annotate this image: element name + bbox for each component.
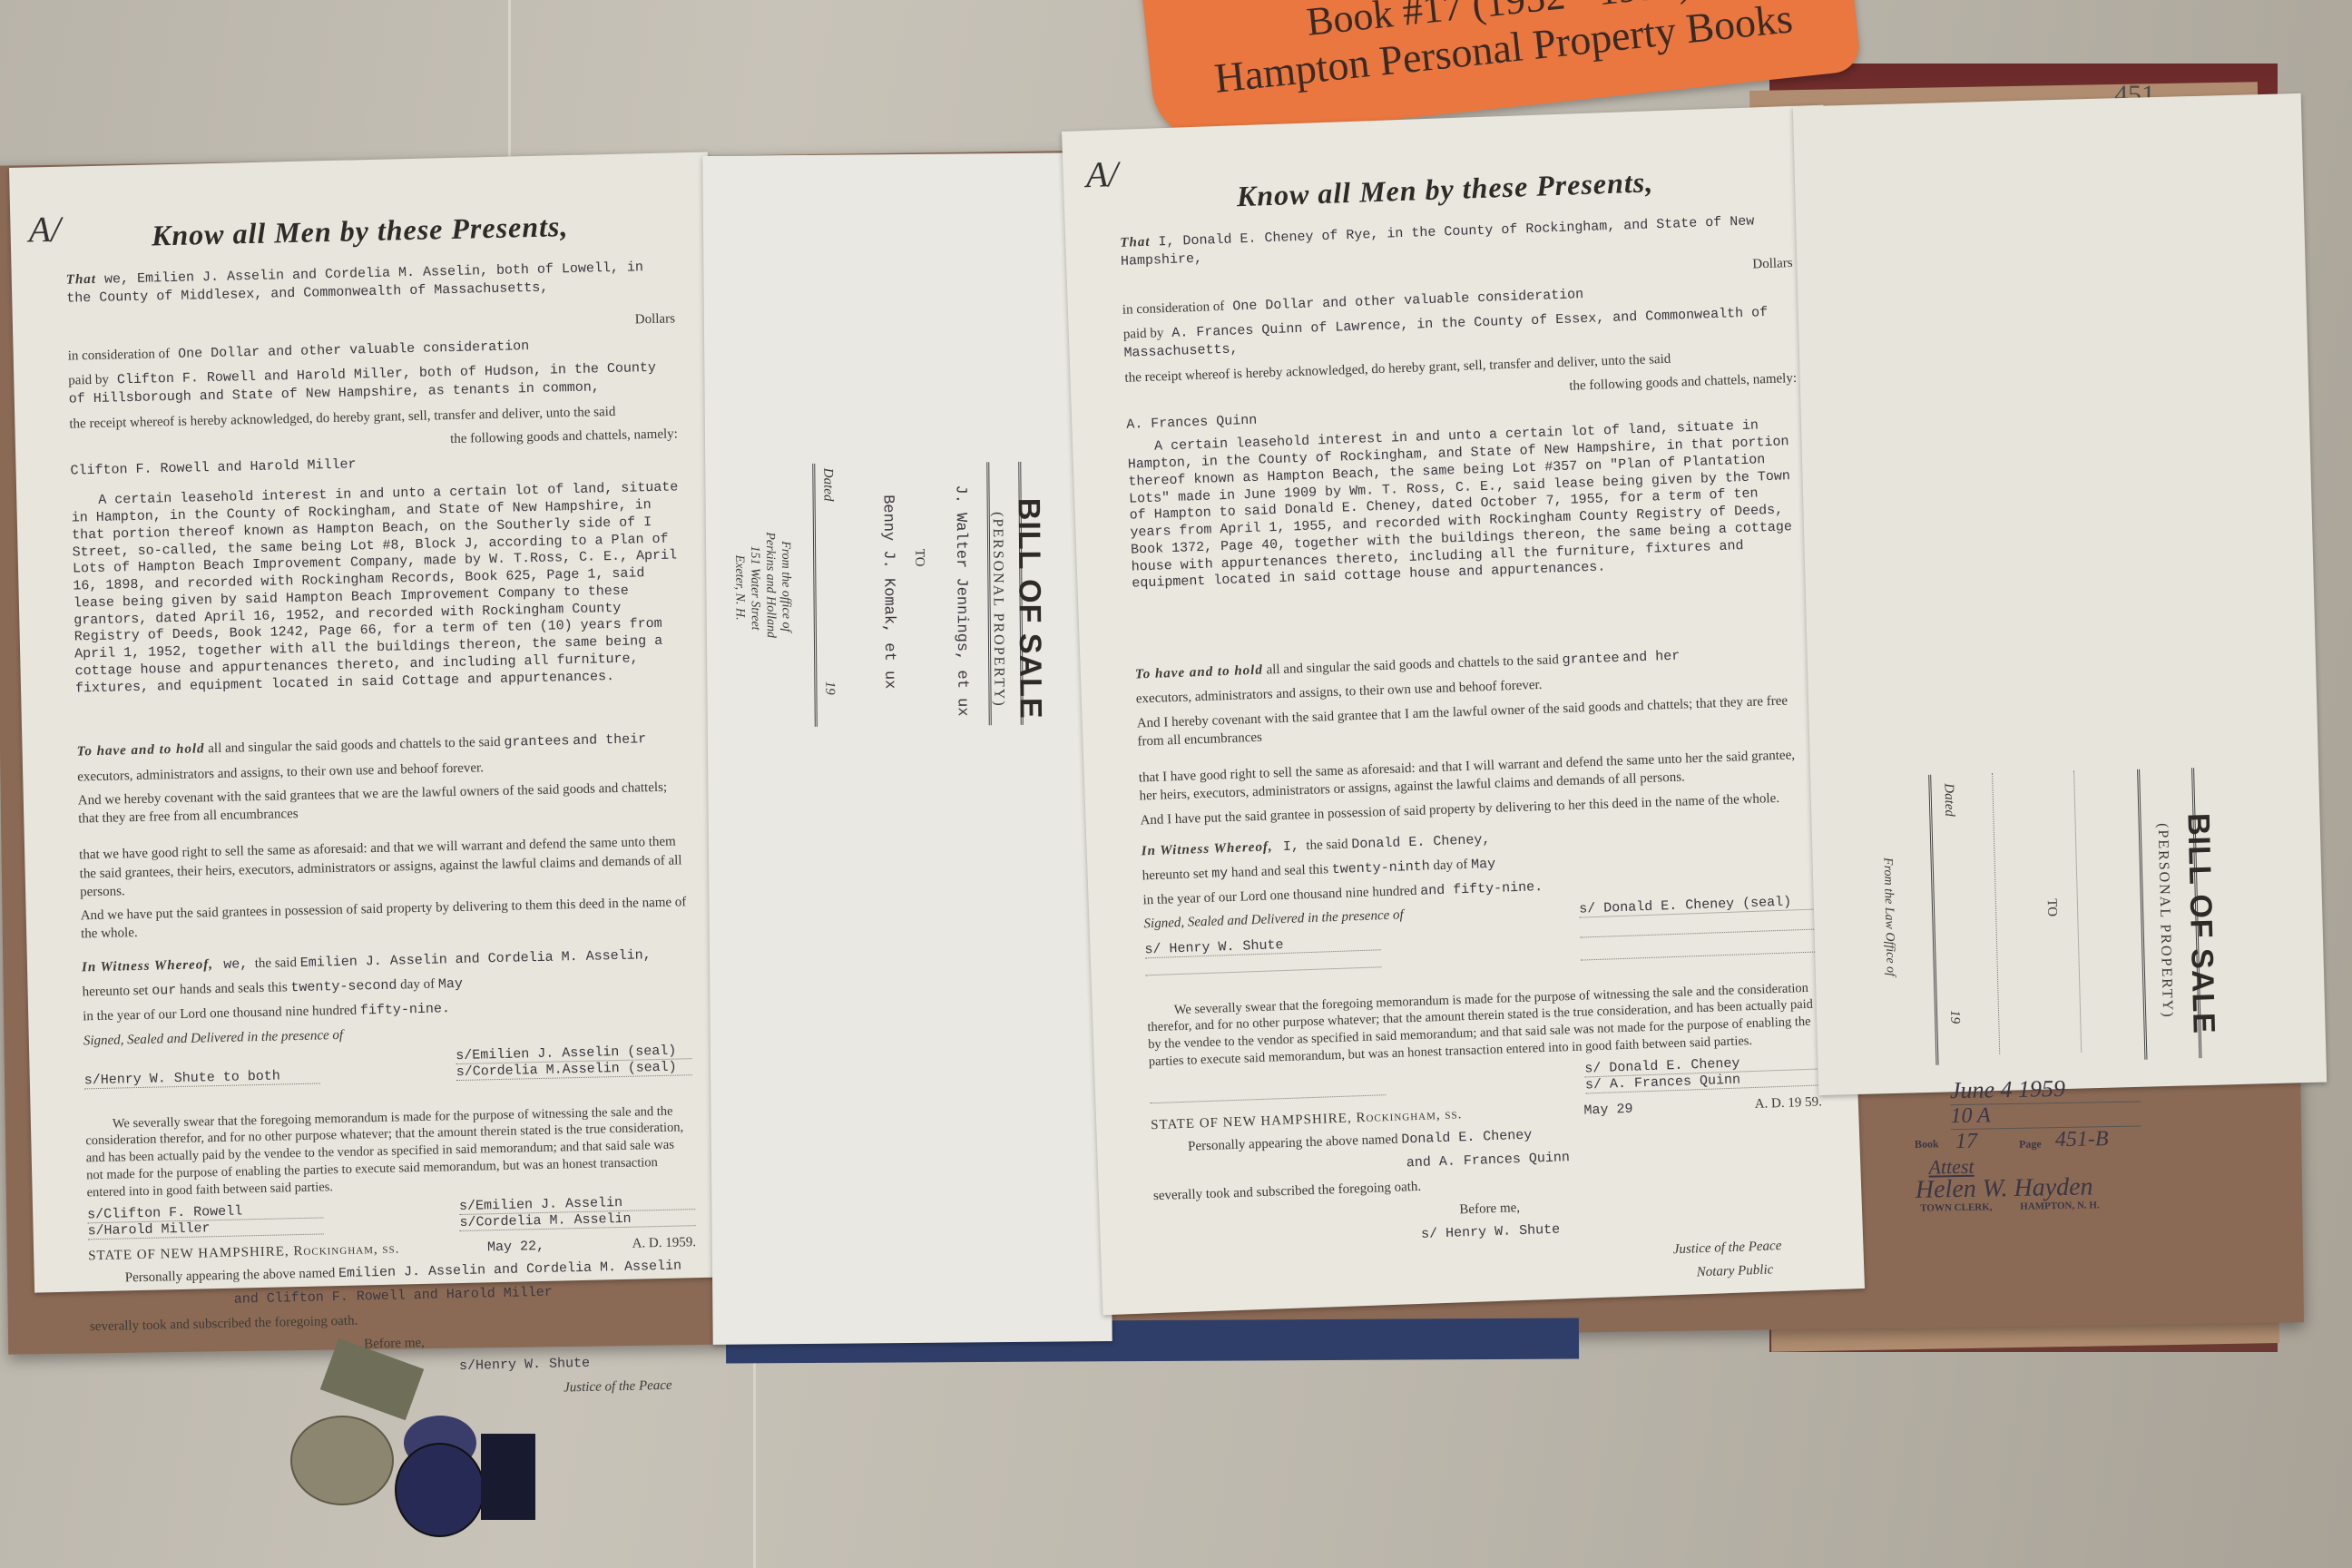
set-text: hereunto set [82,984,148,1000]
cover-to-party: Benny J. Komak, et ux [879,495,898,689]
cover-to-label: TO [911,549,926,567]
bill-of-sale-cover: BILL OF SALE (PERSONAL PROPERTY) J. Walt… [702,152,1112,1345]
witness-hands: hands and seals this [180,980,288,997]
appearing-prefix: Personally appearing the above named [1188,1132,1398,1154]
cover-office: From the Law Office of [1880,857,1897,976]
stamp-time: 10 A [1950,1102,2141,1131]
consideration-prefix: in consideration of [68,347,171,364]
witness-our: our [152,983,176,999]
deed-title: Know all Men by these Presents, [10,207,710,256]
cover-office-line: Exeter, N. H. [731,555,747,621]
cover-office-line: Perkins and Holland [762,532,778,638]
witness-year: and fifty-nine. [1420,879,1543,899]
cufflink-clip-icon [481,1434,535,1520]
corner-mark: A/ [1085,152,1119,196]
habendum-fill: grantee [1562,651,1620,668]
habendum-and-their: and her [1622,649,1681,666]
grantor-signature-1: s/ Donald E. Cheney (seal) [1579,893,1815,917]
habendum-fill: grantees [504,733,569,750]
year-text: in the year of our Lord one thousand nin… [1142,884,1416,908]
blank-signature-line [1145,966,1381,975]
witness-day: twenty-second [290,977,397,995]
double-rule [2137,769,2147,1060]
deed-title: Know all Men by these Presents, [1063,160,1827,220]
habendum-lead: To have and to hold [76,742,204,759]
witness-lead: In Witness Whereof, [82,957,213,975]
blank-line [2073,771,2082,1053]
stamp-page: 451-B [2055,1127,2109,1152]
stamp-book-label: Book [1915,1137,1939,1151]
paid-by: Clifton F. Rowell and Harold Miller, bot… [69,360,656,407]
property-description: A certain leasehold interest in and unto… [1127,416,1803,593]
double-rule [1928,775,1938,1065]
table-seam [753,1343,756,1568]
habendum-and-their: and their [573,731,646,749]
stamp-page-label: Page [2019,1137,2042,1151]
stamp-town: HAMPTON, N. H. [2020,1200,2100,1212]
cover-title: BILL OF SALE [2180,813,2220,1035]
stamp-date: June 4 1959 [1950,1074,2141,1106]
cover-year-prefix: 19 [1946,1010,1962,1024]
memorandum-oath: We severally swear that the foregoing me… [85,1102,695,1201]
appearing-names: Emilien J. Asselin and Cordelia M. Assel… [338,1258,681,1281]
stamp-clerk-label: TOWN CLERK, [1920,1201,1992,1213]
ad-year: A. D. 1959. [632,1235,696,1252]
cover-to-label: TO [2043,898,2060,916]
set-text: hereunto set [1142,867,1208,884]
state-date: May 29 [1583,1102,1633,1119]
cover-subtitle: (PERSONAL PROPERTY) [2154,823,2176,1019]
consideration: One Dollar and other valuable considerat… [1232,287,1583,314]
witness-who: we, [223,956,248,973]
paid-by-prefix: paid by [1123,326,1164,342]
cover-title: BILL OF SALE [1011,498,1048,720]
cover-dated-label: Dated [819,468,835,502]
consideration-prefix: in consideration of [1122,299,1225,318]
corner-mark: A/ [28,208,62,251]
cufflinks [290,1352,554,1534]
cover-office-line: 151 Water Street [747,545,762,630]
that-prefix: That [1120,235,1151,250]
warrant: that we have good right to sell the same… [79,832,688,901]
witness-month: May [438,976,463,993]
property-description: A certain leasehold interest in and unto… [71,480,683,698]
double-rule [812,464,818,727]
possession: And we have put the said grantees in pos… [80,893,689,944]
cufflink-disc-icon [395,1443,485,1537]
signed-label: Signed, Sealed and Delivered in the pres… [1143,907,1404,932]
witness-day: twenty-ninth [1331,858,1430,877]
ad-year: A. D. 19 59. [1754,1094,1822,1112]
cover-year-prefix: 19 [821,681,837,695]
witness-year: fifty-nine. [360,1001,450,1018]
blank-bill-of-sale-cover: BILL OF SALE (PERSONAL PROPERTY) TO Date… [1793,93,2327,1095]
that-prefix: That [66,272,97,288]
year-text: in the year of our Lord one thousand nin… [83,1004,357,1024]
habendum-lead: To have and to hold [1135,663,1263,682]
witness-names: Donald E. Cheney, [1351,832,1491,852]
covenant: And we hereby covenant with the said gra… [78,778,687,828]
witness-who: I, [1283,838,1300,855]
witness-lead: In Witness Whereof, [1141,839,1272,858]
witness-hands: hand and seal this [1231,862,1329,880]
witness-the-said: the said [1306,837,1348,853]
right-deed: A/ Know all Men by these Presents, That … [1062,105,1865,1316]
stamp-book: 17 [1955,1130,1977,1154]
witness-day-of: day of [400,976,435,992]
blank-signature-line [1150,1094,1386,1103]
cover-from-party: J. Walter Jennings, et ux [951,485,970,716]
state-line: STATE OF NEW HAMPSHIRE, Rockingham, ss. [88,1241,400,1264]
witness-day-of: day of [1433,857,1467,873]
grantors: we, Emilien J. Asselin and Cordelia M. A… [66,260,643,307]
consideration: One Dollar and other valuable considerat… [178,338,529,362]
appearing-prefix: Personally appearing the above named [125,1266,336,1285]
left-deed: A/ Know all Men by these Presents, That … [9,152,733,1293]
appearing-names: Donald E. Cheney [1401,1127,1533,1147]
paid-by-prefix: paid by [68,373,109,388]
witness-month: May [1471,857,1496,873]
witness-the-said: the said [255,955,298,971]
cover-subtitle: (PERSONAL PROPERTY) [989,512,1007,708]
habendum-line1: all and singular the said goods and chat… [208,735,501,756]
cufflink-disc-icon [290,1416,394,1505]
witness-signature: s/ Henry W. Shute [1144,934,1380,958]
recording-stamp: June 4 1959 10 A Book 17 Page 451-B Atte… [1914,1073,2216,1214]
blank-signature-line [1581,951,1817,960]
witness-our: my [1211,866,1229,882]
blank-line [1992,773,2000,1054]
habendum-line1: all and singular the said goods and chat… [1266,652,1559,677]
cover-dated-label: Dated [1940,783,1956,817]
witness-names: Emilien J. Asselin and Cordelia M. Assel… [300,947,652,971]
cover-office-line: From the office of [778,541,793,632]
table-seam [508,0,511,181]
blank-signature-line [1580,928,1816,937]
state-date: May 22, [487,1239,544,1255]
